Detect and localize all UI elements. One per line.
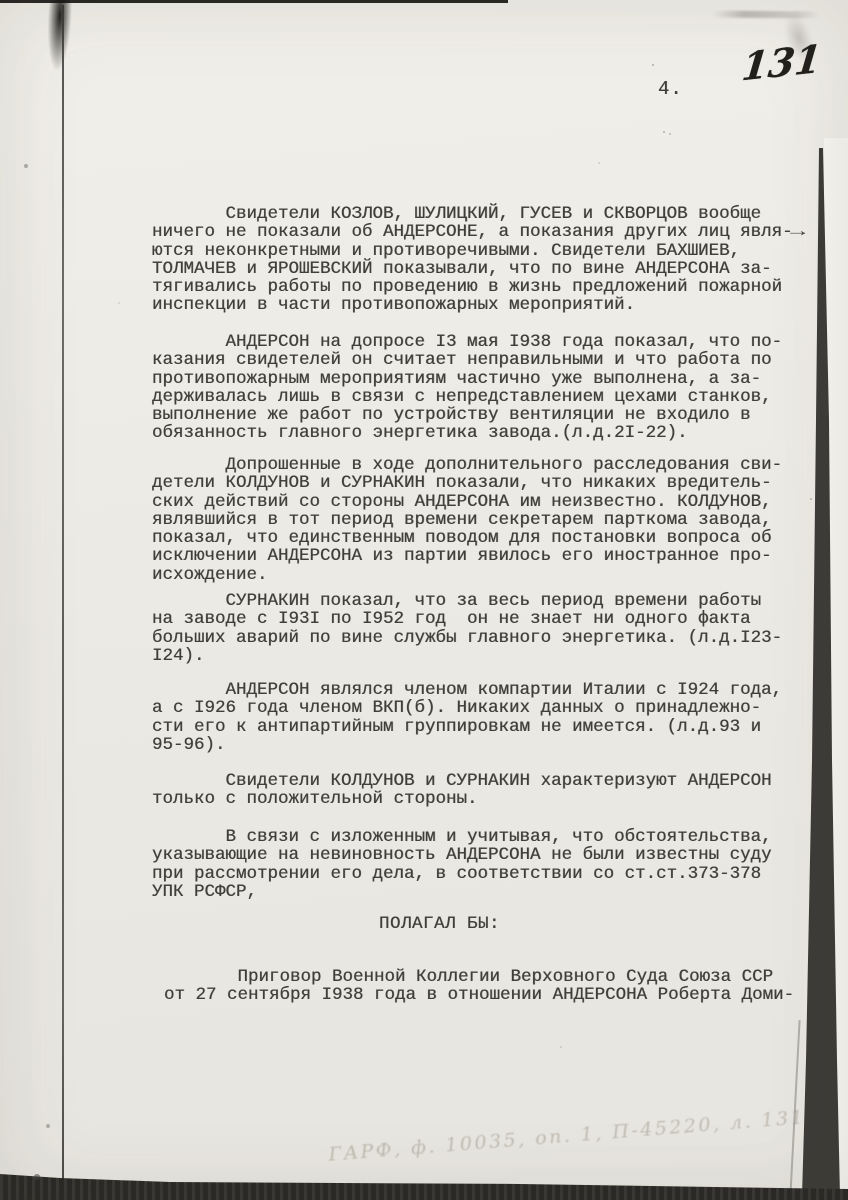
text-line: противопожарным мероприятиям частично уж… bbox=[152, 370, 782, 388]
text-line: Свидетели КОЗЛОВ, ШУЛИЦКИЙ, ГУСЕВ и СКВО… bbox=[152, 205, 793, 223]
text-line: Приговор Военной Коллегии Верховного Суд… bbox=[164, 968, 794, 986]
text-line: на заводе с I93I по I952 год он не знает… bbox=[152, 610, 782, 628]
text-line: казания свидетелей он считает неправильн… bbox=[152, 351, 782, 369]
text-line: ТОЛМАЧЕВ и ЯРОШЕВСКИЙ показывали, что по… bbox=[152, 260, 793, 278]
text-line: показал, что единственным поводом для по… bbox=[152, 529, 782, 547]
text-line: УПК РСФСР, bbox=[152, 883, 772, 901]
archival-note-pencil: ГАРФ, ф. 10035, оп. 1, П-45220, л. 131 bbox=[328, 1108, 778, 1165]
section-heading: ПОЛАГАЛ БЫ: bbox=[379, 915, 500, 933]
page-fold-line bbox=[62, 5, 64, 1183]
text-line: исхождение. bbox=[152, 566, 782, 584]
text-line: тягивались работы по проведению в жизнь … bbox=[152, 278, 793, 296]
text-line: 95-96). bbox=[152, 736, 782, 754]
paragraph: СУРНАКИН показал, что за весь период вре… bbox=[152, 592, 782, 665]
text-line: детели КОЛДУНОВ и СУРНАКИН показали, что… bbox=[152, 474, 782, 492]
leaf-number-handwritten: 131 bbox=[740, 35, 824, 89]
paragraph: Приговор Военной Коллегии Верховного Суд… bbox=[164, 968, 794, 1005]
scanned-document-page: 4. 131 Свидетели КОЗЛОВ, ШУЛИЦКИЙ, ГУСЕВ… bbox=[0, 0, 848, 1200]
text-line: ничего не показали об АНДЕРСОНЕ, а показ… bbox=[152, 223, 793, 241]
page-number: 4. bbox=[658, 80, 683, 98]
paragraph: Свидетели КОЛДУНОВ и СУРНАКИН характериз… bbox=[152, 772, 772, 809]
text-line: В связи с изложенным и учитывая, что обс… bbox=[152, 828, 772, 846]
text-line: от 27 сентября I938 года в отношении АНД… bbox=[164, 986, 794, 1004]
text-line: АНДЕРСОН являлся членом компартии Италии… bbox=[152, 681, 782, 699]
paragraph: Допрошенные в ходе дополнительного рассл… bbox=[152, 456, 782, 584]
scan-corner-smudge bbox=[45, 0, 73, 73]
paragraph: Свидетели КОЗЛОВ, ШУЛИЦКИЙ, ГУСЕВ и СКВО… bbox=[152, 205, 793, 315]
paper-specks bbox=[0, 0, 2, 2]
margin-arrow-mark: → bbox=[790, 223, 805, 242]
text-line: I24). bbox=[152, 647, 782, 665]
text-line: Допрошенные в ходе дополнительного рассл… bbox=[152, 456, 782, 474]
text-line: СУРНАКИН показал, что за весь период вре… bbox=[152, 592, 782, 610]
text-line: Свидетели КОЛДУНОВ и СУРНАКИН характериз… bbox=[152, 772, 772, 790]
text-line: выполнение же работ по устройству вентил… bbox=[152, 406, 782, 424]
text-line: исключении АНДЕРСОНА из партии явилось е… bbox=[152, 547, 782, 565]
scan-bottom-edge-band bbox=[0, 1170, 848, 1200]
text-line: только с положительной стороны. bbox=[152, 790, 772, 808]
text-line: сти его к антипартийным группировкам не … bbox=[152, 718, 782, 736]
text-line: при рассмотрении его дела, в соответстви… bbox=[152, 865, 772, 883]
text-line: ются неконкретными и противоречивыми. Св… bbox=[152, 242, 793, 260]
paragraph: В связи с изложенным и учитывая, что обс… bbox=[152, 828, 772, 901]
scan-top-edge-line bbox=[0, 0, 508, 3]
text-line: держивалась лишь в связи с непредставлен… bbox=[152, 388, 782, 406]
text-line: инспекции в части противопожарных меропр… bbox=[152, 296, 793, 314]
text-line: указывающие на невиновность АНДЕРСОНА не… bbox=[152, 846, 772, 864]
text-line: являвшийся в тот период времени секретар… bbox=[152, 511, 782, 529]
text-line: больших аварий по вине службы главного э… bbox=[152, 629, 782, 647]
text-line: а с I926 года членом ВКП(б). Никаких дан… bbox=[152, 699, 782, 717]
paragraph: АНДЕРСОН на допросе I3 мая I938 года пок… bbox=[152, 333, 782, 443]
paragraph: АНДЕРСОН являлся членом компартии Италии… bbox=[152, 681, 782, 754]
text-line: обязанность главного энергетика завода.(… bbox=[152, 424, 782, 442]
text-line: АНДЕРСОН на допросе I3 мая I938 года пок… bbox=[152, 333, 782, 351]
text-line: ских действий со стороны АНДЕРСОНА им не… bbox=[152, 493, 782, 511]
